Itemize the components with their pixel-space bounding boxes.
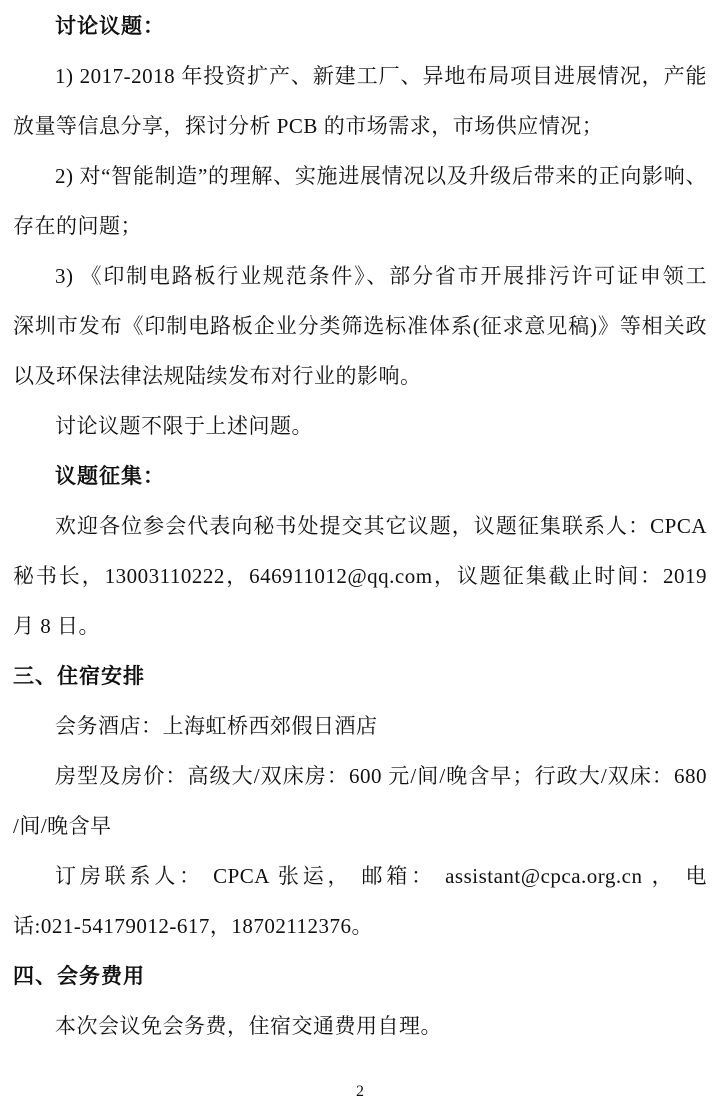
page-number: 2 (0, 1081, 720, 1103)
section-heading: 四、会务费用 (13, 951, 707, 1001)
text-line: 2) 对“智能制造”的理解、实施进展情况以及升级后带来的正向影响、 (13, 151, 707, 201)
document-body: 讨论议题：1) 2017-2018 年投资扩产、新建工厂、异地布局项目进展情况，… (0, 0, 720, 1051)
text-line: /间/晚含早 (13, 801, 707, 851)
text-line: 话:021-54179012-617，18702112376。 (13, 901, 707, 951)
text-line: 房型及房价：高级大/双床房：600 元/间/晚含早；行政大/双床：680 元 (13, 751, 707, 801)
text-line: 讨论议题不限于上述问题。 (13, 401, 707, 451)
text-line: 1) 2017-2018 年投资扩产、新建工厂、异地布局项目进展情况，产能释 (13, 51, 707, 101)
section-heading: 三、住宿安排 (13, 651, 707, 701)
text-line: 放量等信息分享，探讨分析 PCB 的市场需求，市场供应情况； (13, 101, 707, 151)
text-line: 秘书长，13003110222，646911012@qq.com，议题征集截止时… (13, 551, 707, 601)
text-line: 深圳市发布《印制电路板企业分类筛选标准体系(征求意见稿)》等相关政策 (13, 301, 707, 351)
text-line: 3) 《印制电路板行业规范条件》、部分省市开展排污许可证申领工作、 (13, 251, 707, 301)
text-line: 会务酒店：上海虹桥西郊假日酒店 (13, 701, 707, 751)
text-line: 以及环保法律法规陆续发布对行业的影响。 (13, 351, 707, 401)
text-line: 月 8 日。 (13, 601, 707, 651)
document-page: 讨论议题：1) 2017-2018 年投资扩产、新建工厂、异地布局项目进展情况，… (0, 0, 720, 1112)
section-heading: 讨论议题： (13, 1, 707, 51)
text-line: 订房联系人： CPCA 张运， 邮箱： assistant@cpca.org.c… (13, 851, 707, 901)
text-line: 欢迎各位参会代表向秘书处提交其它议题，议题征集联系人：CPCA 张瑾 (13, 501, 707, 551)
text-line: 本次会议免会务费，住宿交通费用自理。 (13, 1001, 707, 1051)
text-line: 存在的问题； (13, 201, 707, 251)
section-heading: 议题征集： (13, 451, 707, 501)
